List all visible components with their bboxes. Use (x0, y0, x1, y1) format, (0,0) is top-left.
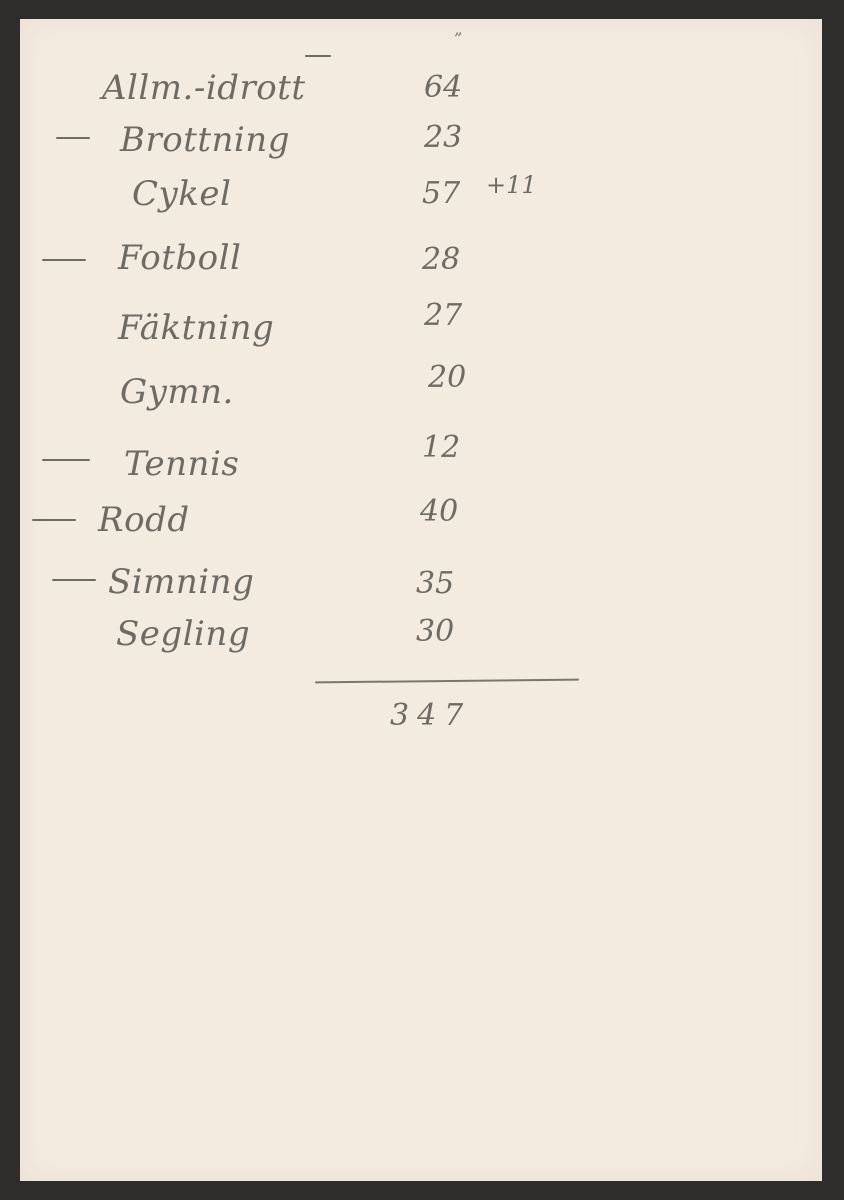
entry-extra: +11 (486, 173, 537, 197)
dash-mark (42, 259, 86, 261)
total-value: 347 (390, 701, 471, 731)
entry-value: 57 (422, 179, 460, 209)
dash-mark (56, 137, 90, 139)
entry-value: 28 (422, 245, 460, 275)
entry-label: Brottning (120, 123, 290, 157)
entry-label: Cykel (132, 177, 231, 211)
entry-value: 23 (424, 123, 462, 153)
entry-value: 30 (416, 617, 454, 647)
entry-label: Fäktning (118, 311, 274, 345)
entry-value: 20 (428, 363, 466, 393)
dash-mark (32, 519, 76, 521)
entry-value: 35 (416, 569, 454, 599)
entry-label: Segling (116, 617, 250, 651)
entry-value: 12 (422, 433, 460, 463)
entry-label: Tennis (124, 447, 239, 481)
entry-label: Fotboll (118, 241, 241, 275)
note-card: ” Allm.-idrott 64 Brottning 23 Cykel 57 … (20, 19, 822, 1181)
entry-value: 27 (424, 301, 462, 331)
dash-mark (42, 459, 90, 461)
sum-rule (315, 679, 579, 684)
dash-mark (52, 579, 96, 581)
entry-label: Simning (108, 565, 254, 599)
entry-value: 40 (420, 497, 458, 527)
entry-label: Allm.-idrott (102, 71, 306, 105)
overline-mark (305, 55, 331, 57)
entry-label: Gymn. (120, 375, 234, 409)
entry-value: 64 (424, 73, 462, 103)
entry-label: Rodd (98, 503, 190, 537)
ditto-mark: ” (454, 31, 462, 47)
